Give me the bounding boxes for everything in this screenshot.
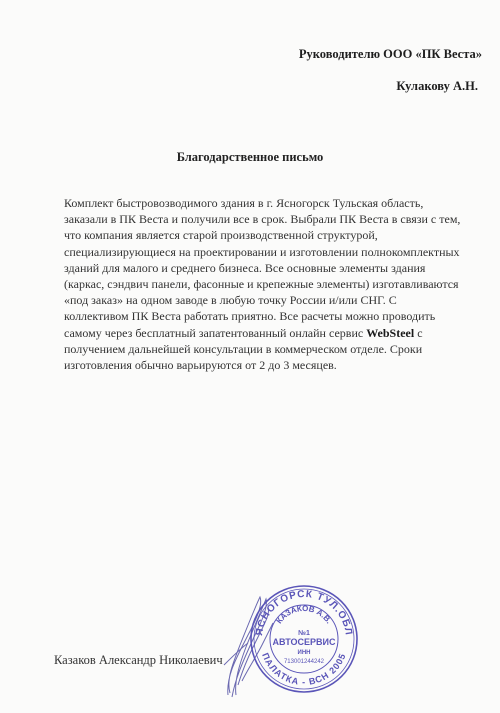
stamp-inn-label: ИНН	[298, 650, 311, 656]
body-line: самому через бесплатный запатентованный …	[64, 325, 464, 341]
company-stamp: ЯСНОГОРСК ТУЛ.ОБЛ ПАЛАТКА - ВСН 2005 КАЗ…	[248, 583, 360, 695]
svg-text:КАЗАКОВ А.В.: КАЗАКОВ А.В.	[275, 604, 334, 625]
body-line: изготовления обычно варьируются от 2 до …	[64, 357, 464, 373]
stamp-inn: 713001244242	[284, 659, 325, 665]
body-line: «под заказ» на одном заводе в любую точк…	[64, 292, 464, 308]
body-line: заказали в ПК Веста и получили все в сро…	[64, 211, 464, 227]
letter-title: Благодарственное письмо	[0, 150, 500, 165]
body-line: зданий для малого и среднего бизнеса. Вс…	[64, 260, 464, 276]
body-line: Комплект быстровозводимого здания в г. Я…	[64, 195, 464, 211]
body-line: специализирующиеся на проектировании и и…	[64, 244, 464, 260]
body-line: коллективом ПК Веста работать приятно. В…	[64, 308, 464, 324]
webstel-service-name: WebSteel	[366, 326, 414, 340]
stamp-number: №1	[298, 629, 310, 637]
body-text-segment: самому через бесплатный запатентованный …	[64, 326, 366, 340]
body-line: (каркас, сэндвич панели, фасонные и креп…	[64, 276, 464, 292]
recipient-line-1: Руководителю ООО «ПК Веста»	[299, 47, 482, 62]
letter-body: Комплект быстровозводимого здания в г. Я…	[64, 195, 464, 373]
stamp-inner-top-text: КАЗАКОВ А.В.	[275, 604, 334, 625]
body-line: что компания является старой производств…	[64, 227, 464, 243]
body-text-segment: с	[414, 326, 422, 340]
body-line: получением дальнейшей консультации в ком…	[64, 341, 464, 357]
stamp-center-text: АВТОСЕРВИС	[273, 637, 336, 647]
recipient-line-2: Кулакову А.Н.	[396, 79, 478, 94]
signer-name: Казаков Александр Николаевич	[54, 653, 223, 668]
